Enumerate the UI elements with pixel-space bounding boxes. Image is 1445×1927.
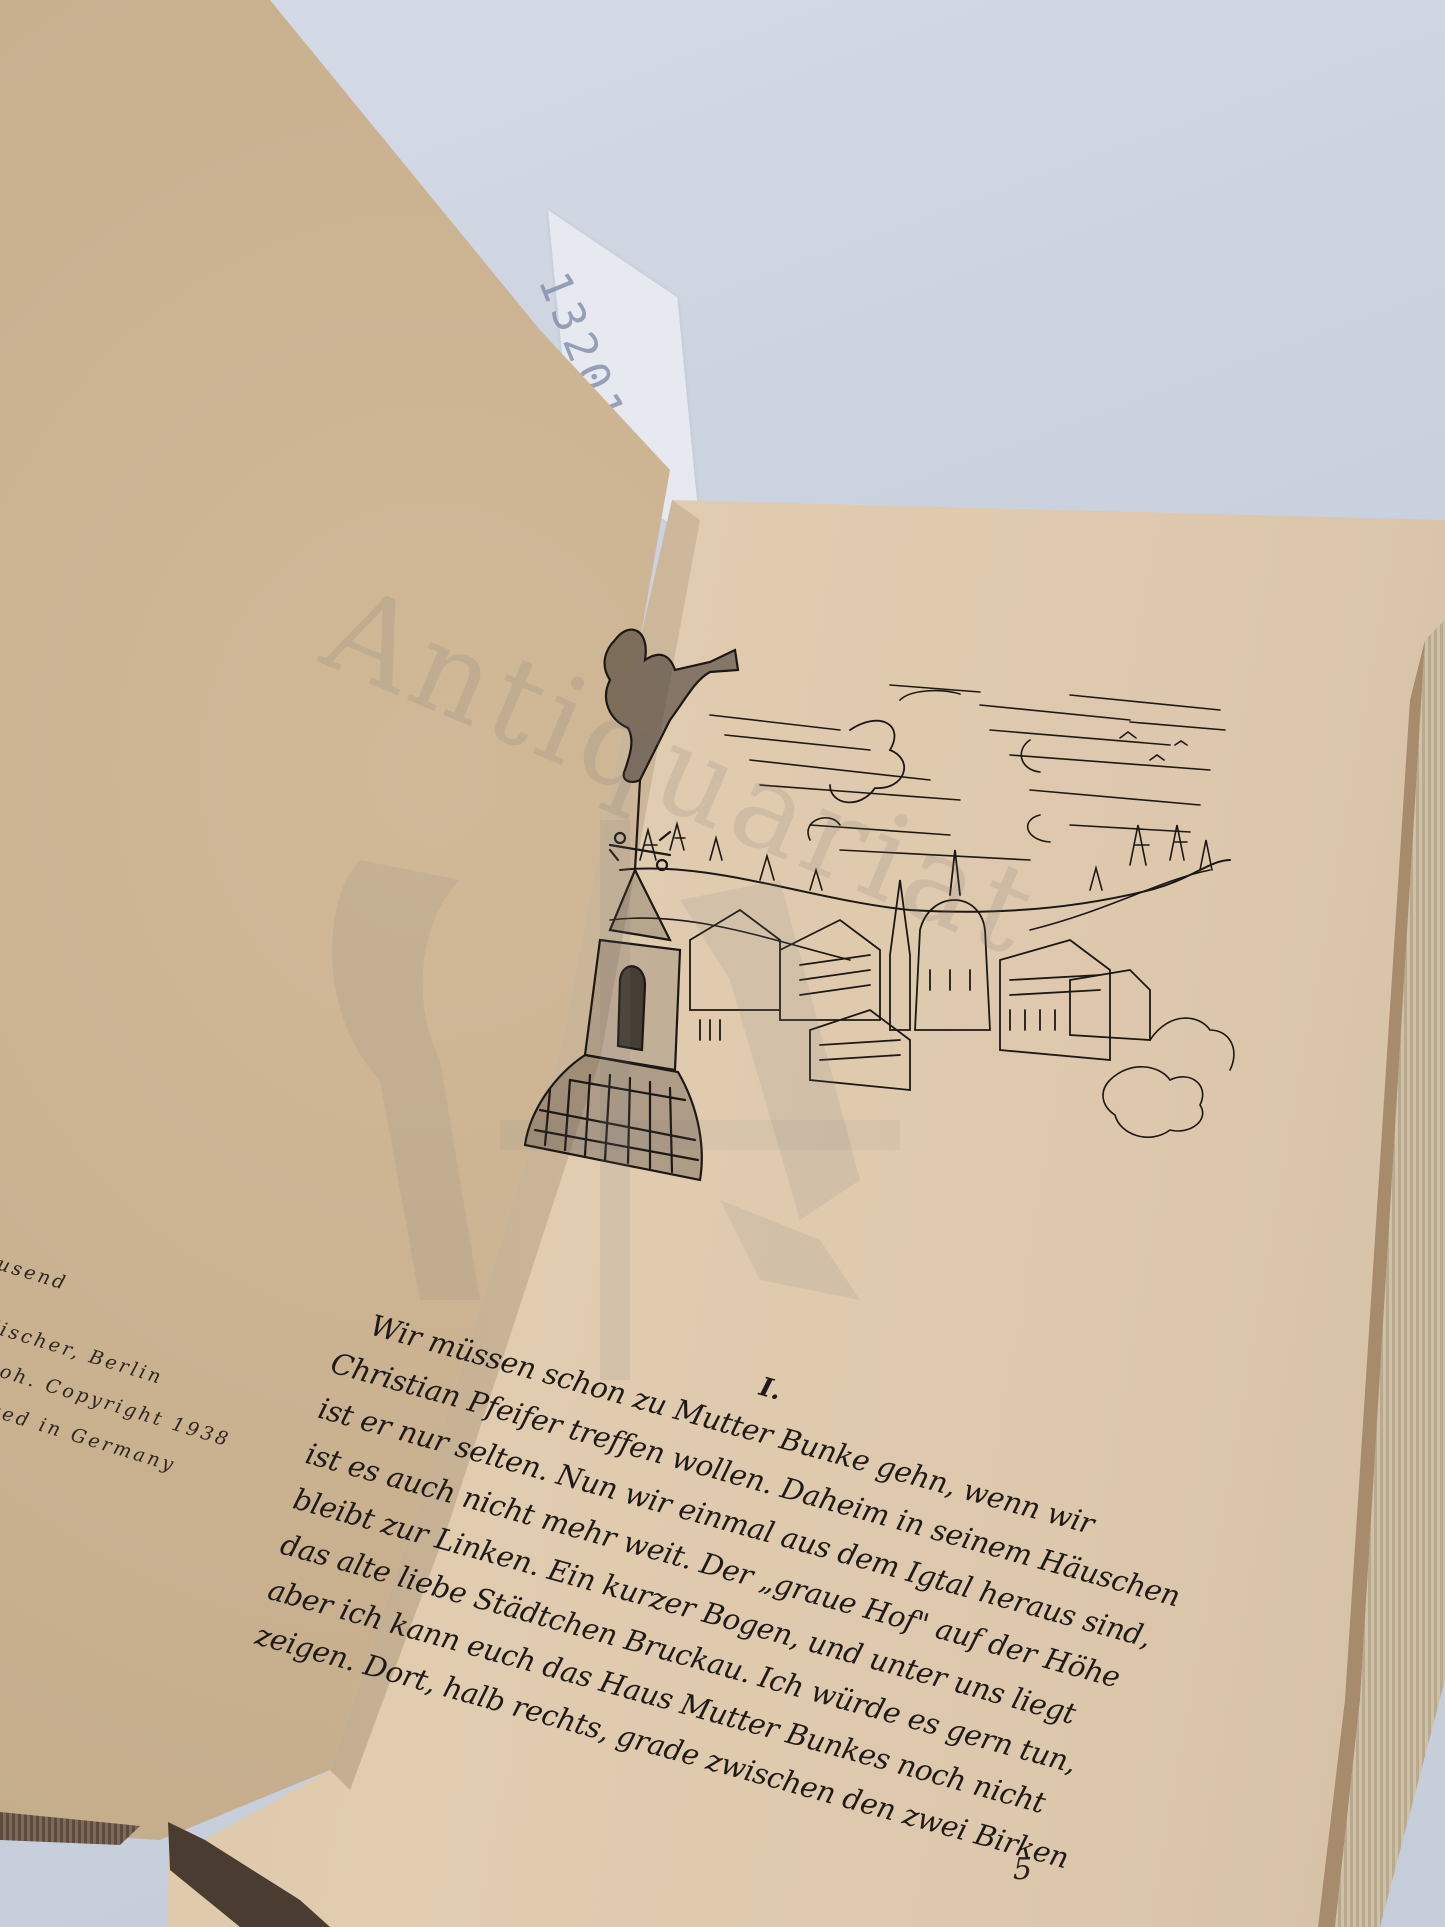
church-tower xyxy=(525,870,702,1180)
sky-hatching-icon xyxy=(710,685,1225,860)
angel-weathervane xyxy=(605,630,738,870)
town-houses xyxy=(690,850,1150,1090)
town-illustration xyxy=(510,610,1250,1190)
book-photo: 13201 ausend Fischer, Berlin ersloh. Cop… xyxy=(0,0,1445,1927)
page-number: 5 xyxy=(1013,1852,1032,1887)
